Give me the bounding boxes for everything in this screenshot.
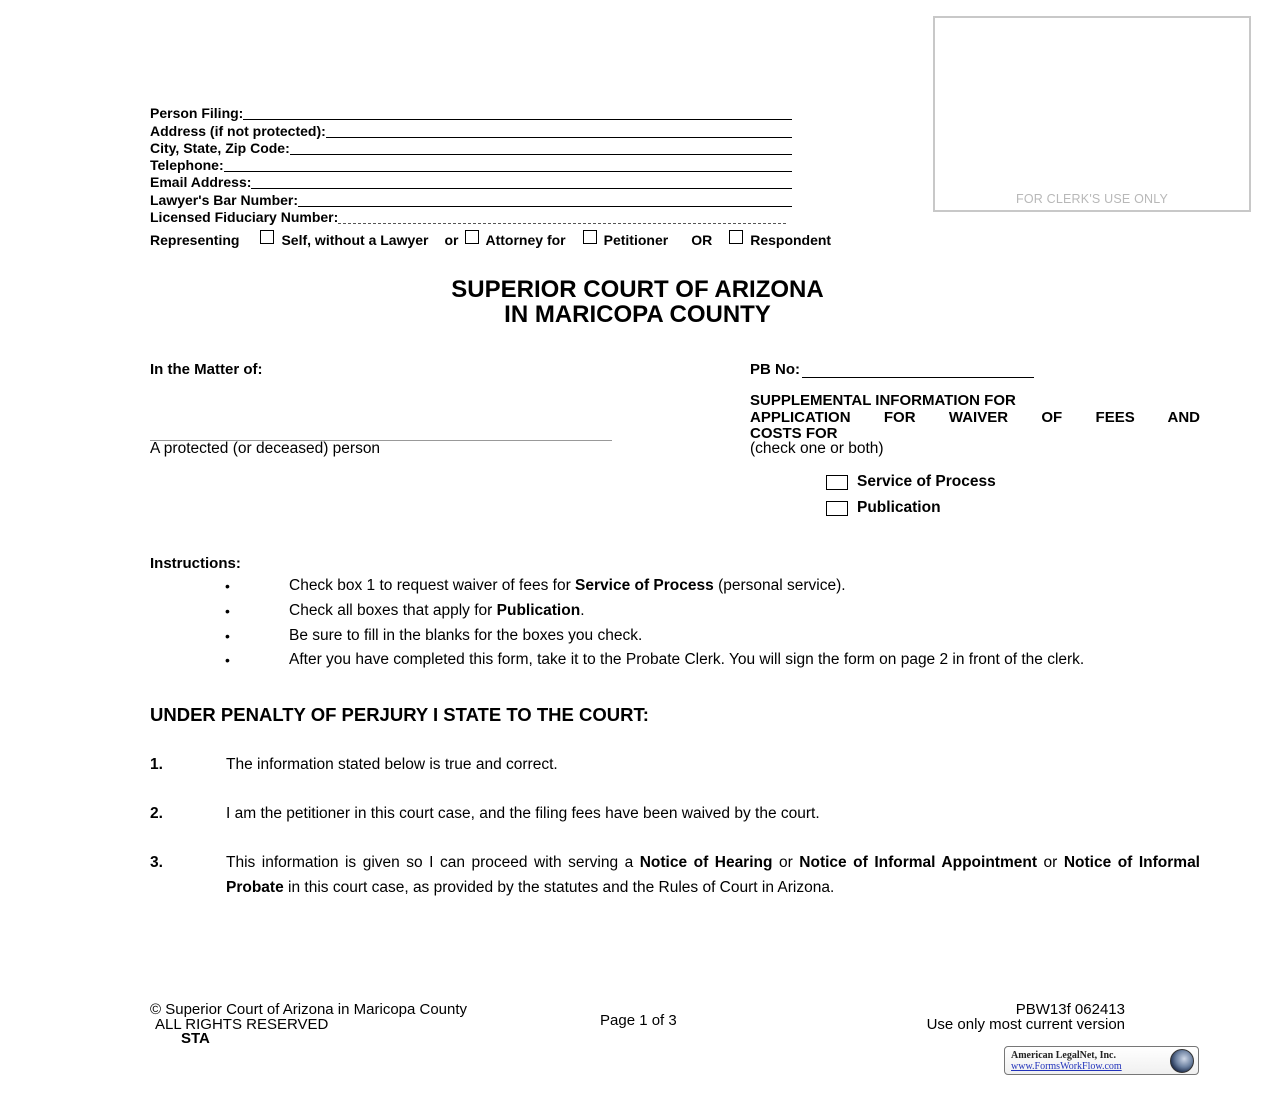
- form-title-line1: SUPPLEMENTAL INFORMATION FOR: [750, 393, 1200, 410]
- footer-copyright-block: © Superior Court of Arizona in Maricopa …: [150, 1003, 467, 1047]
- fiduciary-number-row: Licensed Fiduciary Number:: [150, 208, 792, 225]
- version-note: Use only most current version: [860, 1018, 1125, 1033]
- email-row: Email Address:: [150, 173, 792, 190]
- footer-form-info: PBW13f 062413 Use only most current vers…: [860, 1003, 1125, 1032]
- address-label: Address (if not protected):: [150, 124, 326, 139]
- email-field[interactable]: [251, 176, 792, 189]
- fiduciary-number-field[interactable]: [338, 211, 786, 224]
- person-filing-label: Person Filing:: [150, 106, 243, 121]
- bar-number-field[interactable]: [298, 194, 792, 207]
- matter-sublabel: A protected (or deceased) person: [150, 440, 380, 458]
- pb-number-label: PB No:: [750, 361, 800, 378]
- footer-code: STA: [150, 1032, 467, 1047]
- court-title-line2: IN MARICOPA COUNTY: [0, 302, 1275, 327]
- instruction-item: • After you have completed this form, ta…: [225, 651, 1200, 669]
- petitioner-checkbox[interactable]: [583, 230, 597, 244]
- statement-item-1: 1. The information stated below is true …: [150, 753, 1200, 778]
- person-filing-row: Person Filing:: [150, 104, 792, 121]
- publication-label: Publication: [857, 499, 941, 517]
- respondent-checkbox[interactable]: [729, 230, 743, 244]
- self-checkbox[interactable]: [260, 230, 274, 244]
- instructions-heading: Instructions:: [150, 555, 241, 572]
- bullet-icon: •: [225, 577, 289, 595]
- respondent-label: Respondent: [750, 232, 831, 248]
- attorney-label: Attorney for: [486, 232, 566, 248]
- legalnet-badge[interactable]: American LegalNet, Inc. www.FormsWorkFlo…: [1004, 1046, 1199, 1075]
- bar-number-row: Lawyer's Bar Number:: [150, 190, 792, 207]
- telephone-field[interactable]: [224, 159, 792, 172]
- form-subtitle: (check one or both): [750, 440, 884, 458]
- form-title: SUPPLEMENTAL INFORMATION FOR APPLICATION…: [750, 393, 1200, 443]
- court-title: SUPERIOR COURT OF ARIZONA IN MARICOPA CO…: [0, 277, 1275, 327]
- telephone-row: Telephone:: [150, 156, 792, 173]
- badge-company: American LegalNet, Inc.: [1011, 1050, 1116, 1061]
- or-text: or: [445, 232, 459, 248]
- instruction-item: • Be sure to fill in the blanks for the …: [225, 627, 1200, 645]
- statement-item-3: 3. This information is given so I can pr…: [150, 851, 1200, 900]
- statement-item-2: 2. I am the petitioner in this court cas…: [150, 802, 1200, 827]
- service-of-process-checkbox[interactable]: [826, 475, 848, 490]
- instruction-item: • Check box 1 to request waiver of fees …: [225, 577, 1200, 595]
- bullet-icon: •: [225, 627, 289, 645]
- self-label: Self, without a Lawyer: [281, 232, 428, 248]
- publication-option: Publication: [826, 499, 941, 517]
- filer-info-block: Person Filing: Address (if not protected…: [150, 104, 792, 225]
- city-state-zip-field[interactable]: [290, 142, 792, 155]
- city-state-zip-row: City, State, Zip Code:: [150, 139, 792, 156]
- matter-label: In the Matter of:: [150, 361, 263, 378]
- city-state-zip-label: City, State, Zip Code:: [150, 141, 290, 156]
- form-title-line2: APPLICATION FOR WAIVER OF FEES AND: [750, 410, 1200, 427]
- representing-label: Representing: [150, 232, 239, 248]
- email-label: Email Address:: [150, 175, 251, 190]
- globe-icon: [1170, 1049, 1194, 1073]
- service-of-process-label: Service of Process: [857, 473, 996, 491]
- pb-number-row: PB No:: [750, 361, 1034, 378]
- bullet-icon: •: [225, 602, 289, 620]
- pb-number-field[interactable]: [802, 362, 1034, 378]
- court-title-line1: SUPERIOR COURT OF ARIZONA: [0, 277, 1275, 302]
- representing-row: Representing Self, without a Lawyer or A…: [150, 232, 831, 248]
- service-of-process-option: Service of Process: [826, 473, 996, 491]
- address-row: Address (if not protected):: [150, 121, 792, 138]
- address-field[interactable]: [326, 125, 792, 138]
- person-filing-field[interactable]: [243, 107, 792, 120]
- badge-link[interactable]: www.FormsWorkFlow.com: [1011, 1061, 1122, 1072]
- or-upper-text: OR: [691, 232, 712, 248]
- attorney-checkbox[interactable]: [465, 230, 479, 244]
- bullet-icon: •: [225, 651, 289, 669]
- bar-number-label: Lawyer's Bar Number:: [150, 193, 298, 208]
- page-number: Page 1 of 3: [600, 1012, 677, 1029]
- perjury-heading: UNDER PENALTY OF PERJURY I STATE TO THE …: [150, 704, 649, 726]
- publication-checkbox[interactable]: [826, 501, 848, 516]
- clerk-use-box: FOR CLERK'S USE ONLY: [933, 16, 1251, 212]
- petitioner-label: Petitioner: [604, 232, 669, 248]
- clerk-use-label: FOR CLERK'S USE ONLY: [935, 192, 1249, 206]
- telephone-label: Telephone:: [150, 158, 224, 173]
- fiduciary-number-label: Licensed Fiduciary Number:: [150, 210, 338, 225]
- instruction-item: • Check all boxes that apply for Publica…: [225, 602, 1200, 620]
